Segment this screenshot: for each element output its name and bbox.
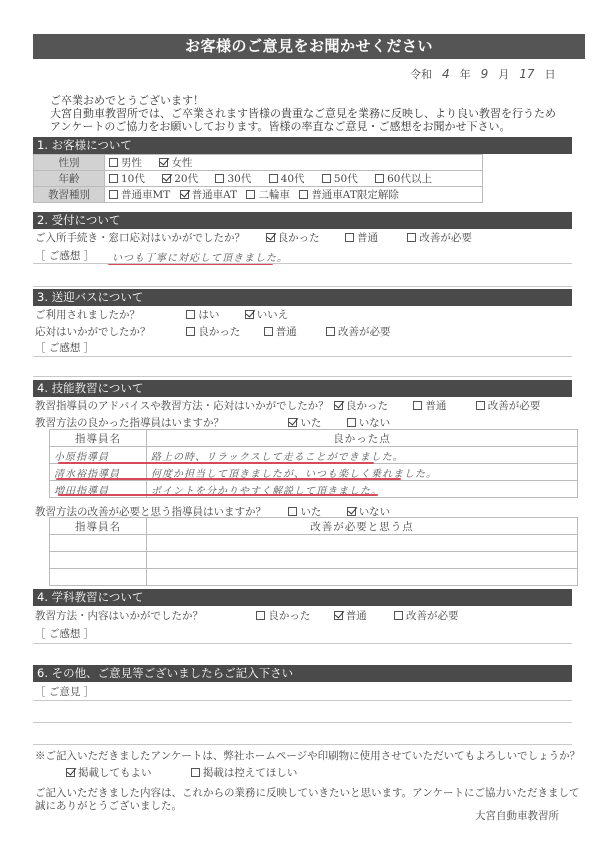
- option-label: 女性: [171, 157, 192, 169]
- checkbox-icon[interactable]: [269, 174, 278, 183]
- intro-line: 大宮自動車教習所では、ご卒業されます皆様の貴重なご意見を業務に反映し、より良い教…: [50, 107, 556, 120]
- checkbox-checked-icon[interactable]: [334, 401, 343, 410]
- section-6-header: 6. その他、ご意見等ございましたらご記入下さい: [33, 665, 572, 682]
- question-text: 教習指導員のアドバイスや教習方法・応対はいかがでしたか？: [35, 400, 329, 412]
- bus-comment-label: ［ ご感想 ］: [35, 340, 94, 355]
- checkbox-checked-icon[interactable]: [66, 768, 75, 777]
- reception-question-row: ご入所手続き・窓口応対はいかがでしたか？ 良かった 普通 改善が必要: [35, 230, 486, 245]
- checkbox-checked-icon[interactable]: [180, 190, 189, 199]
- date-year-unit: 年: [460, 68, 471, 81]
- date-day[interactable]: 17: [509, 67, 544, 81]
- thanks-line: ご記入いただきました内容は、これからの業務に反映していきたいと思います。アンケー…: [35, 787, 580, 800]
- comment-line: [33, 643, 572, 644]
- option-label: はい: [198, 309, 219, 321]
- option-label: 普通: [276, 326, 297, 338]
- option-label: 良かった: [198, 326, 240, 338]
- option-40s[interactable]: 40代: [269, 171, 305, 186]
- table-row: [50, 552, 578, 569]
- option-label: 10代: [121, 173, 145, 185]
- option-average[interactable]: 普通: [264, 324, 297, 339]
- option-label: いた: [300, 417, 321, 429]
- improvement-point[interactable]: [147, 552, 578, 569]
- table-row: [50, 569, 578, 586]
- checkbox-checked-icon[interactable]: [334, 611, 343, 620]
- table-header-row: 指導員名 改善が必要と思う点: [50, 518, 578, 535]
- lecture-question-row: 教習方法・内容はいかがでしたか？ 良かった 普通 改善が必要: [35, 608, 473, 623]
- option-label: 40代: [281, 173, 305, 185]
- gender-options: 男性 女性: [105, 155, 483, 171]
- option-label: 50代: [334, 173, 358, 185]
- section-1-header: 1. お客様について: [33, 137, 572, 154]
- question-text: ご入所手続き・窓口応対はいかがでしたか？: [35, 232, 245, 244]
- date-month[interactable]: 9: [471, 67, 499, 81]
- question-text: 応対はいかがでしたか？: [35, 324, 183, 339]
- checkbox-icon[interactable]: [288, 507, 297, 516]
- question-text: ご利用されましたか？: [35, 307, 183, 322]
- option-label: 普通車AT限定解除: [311, 189, 399, 201]
- comment-line: [33, 700, 572, 701]
- option-label: 良かった: [268, 610, 310, 622]
- date-month-unit: 月: [498, 68, 509, 81]
- checkbox-icon[interactable]: [256, 611, 265, 620]
- comment-line: [33, 263, 572, 264]
- course-type-options: 普通車MT 普通車AT 二輪車 普通車AT限定解除: [105, 187, 483, 203]
- instructor-rating-row: 教習指導員のアドバイスや教習方法・応対はいかがでしたか？ 良かった 普通 改善が…: [35, 398, 554, 413]
- question-text: 教習方法の良かった指導員はいますか？: [35, 415, 285, 430]
- gender-label: 性別: [34, 155, 105, 171]
- checkbox-icon[interactable]: [345, 233, 354, 242]
- option-label: 良かった: [278, 232, 320, 244]
- option-30s[interactable]: 30代: [215, 171, 251, 186]
- checkbox-icon[interactable]: [109, 174, 118, 183]
- option-female[interactable]: 女性: [159, 155, 192, 170]
- option-label: いない: [359, 417, 391, 429]
- option-publish-ok[interactable]: 掲載してもよい: [66, 765, 152, 780]
- comment-line: [33, 744, 572, 745]
- improvement-point[interactable]: [147, 535, 578, 552]
- option-good[interactable]: 良かった: [334, 398, 388, 413]
- option-average[interactable]: 普通: [334, 608, 367, 623]
- section-2-header: 2. 受付について: [33, 212, 572, 229]
- checkbox-icon[interactable]: [326, 327, 335, 336]
- table-row: [50, 535, 578, 552]
- comment-line: [33, 286, 572, 287]
- checkbox-icon[interactable]: [299, 190, 308, 199]
- instructor-name[interactable]: [50, 569, 147, 586]
- customer-info-table: 性別 男性 女性 年齢 10代 20代 30代 40代 50代 60代以上 教習…: [33, 154, 483, 203]
- option-at[interactable]: 普通車AT: [180, 187, 238, 202]
- organization-name: 大宮自動車教習所: [475, 810, 559, 823]
- checkbox-icon[interactable]: [191, 768, 200, 777]
- option-no[interactable]: いいえ: [245, 307, 289, 322]
- checkbox-icon[interactable]: [215, 174, 224, 183]
- course-type-label: 教習種別: [34, 187, 105, 203]
- section-4-header: 4. 技能教習について: [33, 380, 572, 397]
- option-label: 二輪車: [258, 189, 290, 201]
- option-good[interactable]: 良かった: [256, 608, 310, 623]
- checkbox-icon[interactable]: [264, 327, 273, 336]
- table-header-row: 指導員名 良かった点: [50, 430, 578, 447]
- date-era: 令和: [410, 68, 432, 81]
- option-label: 普通車MT: [121, 189, 170, 201]
- option-yes[interactable]: はい: [186, 307, 219, 322]
- option-label: 男性: [121, 157, 142, 169]
- checkbox-icon[interactable]: [375, 174, 384, 183]
- option-needs-improvement[interactable]: 改善が必要: [407, 230, 472, 245]
- checkbox-icon[interactable]: [246, 190, 255, 199]
- checkbox-icon[interactable]: [186, 327, 195, 336]
- option-label: 改善が必要: [338, 326, 391, 338]
- reception-comment[interactable]: いつも丁寧に対応して頂きました。: [112, 249, 288, 264]
- option-60s-plus[interactable]: 60代以上: [375, 171, 432, 186]
- option-label: 掲載は控えてほしい: [203, 767, 298, 779]
- option-50s[interactable]: 50代: [322, 171, 358, 186]
- age-row: 年齢 10代 20代 30代 40代 50代 60代以上: [34, 171, 483, 187]
- option-needs-improvement[interactable]: 改善が必要: [476, 398, 541, 413]
- option-at-limit-removal[interactable]: 普通車AT限定解除: [299, 187, 399, 202]
- checkbox-icon[interactable]: [394, 611, 403, 620]
- checkbox-icon[interactable]: [109, 190, 118, 199]
- checkbox-icon[interactable]: [322, 174, 331, 183]
- good-instructor-row: 教習方法の良かった指導員はいますか？ いた いない: [35, 415, 404, 430]
- gender-row: 性別 男性 女性: [34, 155, 483, 171]
- column-header-instructor: 指導員名: [50, 430, 147, 447]
- intro-text: ご卒業おめでとうございます！ 大宮自動車教習所では、ご卒業されます皆様の貴重なご…: [50, 94, 556, 133]
- option-label: いいえ: [257, 309, 289, 321]
- option-motorcycle[interactable]: 二輪車: [246, 187, 290, 202]
- checkbox-checked-icon[interactable]: [266, 233, 275, 242]
- checkbox-icon[interactable]: [109, 158, 118, 167]
- table-row: 小原指導員 路上の時、リラックスして走ることができました。: [50, 447, 578, 464]
- option-label: 普通車AT: [192, 189, 238, 201]
- course-type-row: 教習種別 普通車MT 普通車AT 二輪車 普通車AT限定解除: [34, 187, 483, 203]
- section-5-header: 4. 学科教習について: [33, 589, 572, 606]
- handwritten-underline: [58, 494, 378, 496]
- section-3-header: 3. 送迎バスについて: [33, 289, 572, 306]
- option-label: 改善が必要: [488, 400, 541, 412]
- option-10s[interactable]: 10代: [109, 171, 145, 186]
- checkbox-icon[interactable]: [476, 401, 485, 410]
- option-label: 普通: [346, 610, 367, 622]
- comment-line: [33, 356, 572, 357]
- improve-instructor-table: 指導員名 改善が必要と思う点: [49, 517, 578, 586]
- date-line: 令和4年9月17日: [410, 66, 556, 82]
- instructor-name[interactable]: 小原指導員: [50, 447, 147, 464]
- option-label: 改善が必要: [419, 232, 472, 244]
- option-existed[interactable]: いた: [288, 415, 321, 430]
- handwritten-underline: [58, 462, 374, 464]
- comment-line: [33, 722, 572, 723]
- checkbox-checked-icon[interactable]: [159, 158, 168, 167]
- option-label: 良かった: [346, 400, 388, 412]
- column-header-instructor: 指導員名: [50, 518, 147, 535]
- option-good[interactable]: 良かった: [266, 230, 320, 245]
- option-average[interactable]: 普通: [345, 230, 378, 245]
- reception-comment-label: ［ ご感想 ］: [35, 248, 94, 263]
- option-male[interactable]: 男性: [109, 155, 142, 170]
- checkbox-icon[interactable]: [186, 310, 195, 319]
- intro-line: ご卒業おめでとうございます！: [50, 94, 556, 107]
- option-label: 改善が必要: [406, 610, 459, 622]
- bus-service-row: 応対はいかがでしたか？ 良かった 普通 改善が必要: [35, 324, 405, 339]
- option-label: 60代以上: [387, 173, 432, 185]
- option-good[interactable]: 良かった: [186, 324, 240, 339]
- checkbox-checked-icon[interactable]: [162, 174, 171, 183]
- option-label: 普通: [357, 232, 378, 244]
- publish-question: ※ご記入いただきましたアンケートは、弊社ホームページや印刷物に使用させていただい…: [35, 750, 580, 763]
- bus-use-row: ご利用されましたか？ はい いいえ: [35, 307, 302, 322]
- option-needs-improvement[interactable]: 改善が必要: [394, 608, 459, 623]
- checkbox-icon[interactable]: [347, 418, 356, 427]
- option-needs-improvement[interactable]: 改善が必要: [326, 324, 391, 339]
- good-point[interactable]: 路上の時、リラックスして走ることができました。: [147, 447, 578, 464]
- date-year[interactable]: 4: [432, 67, 460, 81]
- column-header-good-points: 良かった点: [147, 430, 578, 447]
- question-text: 教習方法・内容はいかがでしたか？: [35, 608, 253, 623]
- instructor-name[interactable]: [50, 552, 147, 569]
- option-mt[interactable]: 普通車MT: [109, 187, 170, 202]
- age-options: 10代 20代 30代 40代 50代 60代以上: [105, 171, 483, 187]
- option-20s[interactable]: 20代: [162, 171, 198, 186]
- improvement-point[interactable]: [147, 569, 578, 586]
- option-label: 普通: [425, 400, 446, 412]
- form-title: お客様のご意見をお聞かせください: [33, 34, 585, 59]
- checkbox-checked-icon[interactable]: [347, 507, 356, 516]
- comment-line: [33, 376, 572, 377]
- instructor-name[interactable]: [50, 535, 147, 552]
- option-average[interactable]: 普通: [413, 398, 446, 413]
- age-label: 年齢: [34, 171, 105, 187]
- option-publish-decline[interactable]: 掲載は控えてほしい: [191, 765, 298, 780]
- checkbox-icon[interactable]: [407, 233, 416, 242]
- intro-line: アンケートのご協力をお願いしております。皆様の率直なご意見・ご感想をお聞かせ下さ…: [50, 120, 556, 133]
- handwritten-underline: [56, 478, 401, 480]
- option-label: 20代: [174, 173, 198, 185]
- publish-options: 掲載してもよい 掲載は控えてほしい: [66, 765, 311, 780]
- option-label: 掲載してもよい: [78, 767, 152, 779]
- option-none[interactable]: いない: [347, 415, 391, 430]
- checkbox-icon[interactable]: [413, 401, 422, 410]
- checkbox-checked-icon[interactable]: [288, 418, 297, 427]
- other-comment-label: ［ ご意見 ］: [35, 684, 94, 699]
- checkbox-checked-icon[interactable]: [245, 310, 254, 319]
- lecture-comment-label: ［ ご感想 ］: [35, 626, 94, 641]
- column-header-improvement-points: 改善が必要と思う点: [147, 518, 578, 535]
- date-day-unit: 日: [545, 68, 556, 81]
- option-label: 30代: [227, 173, 251, 185]
